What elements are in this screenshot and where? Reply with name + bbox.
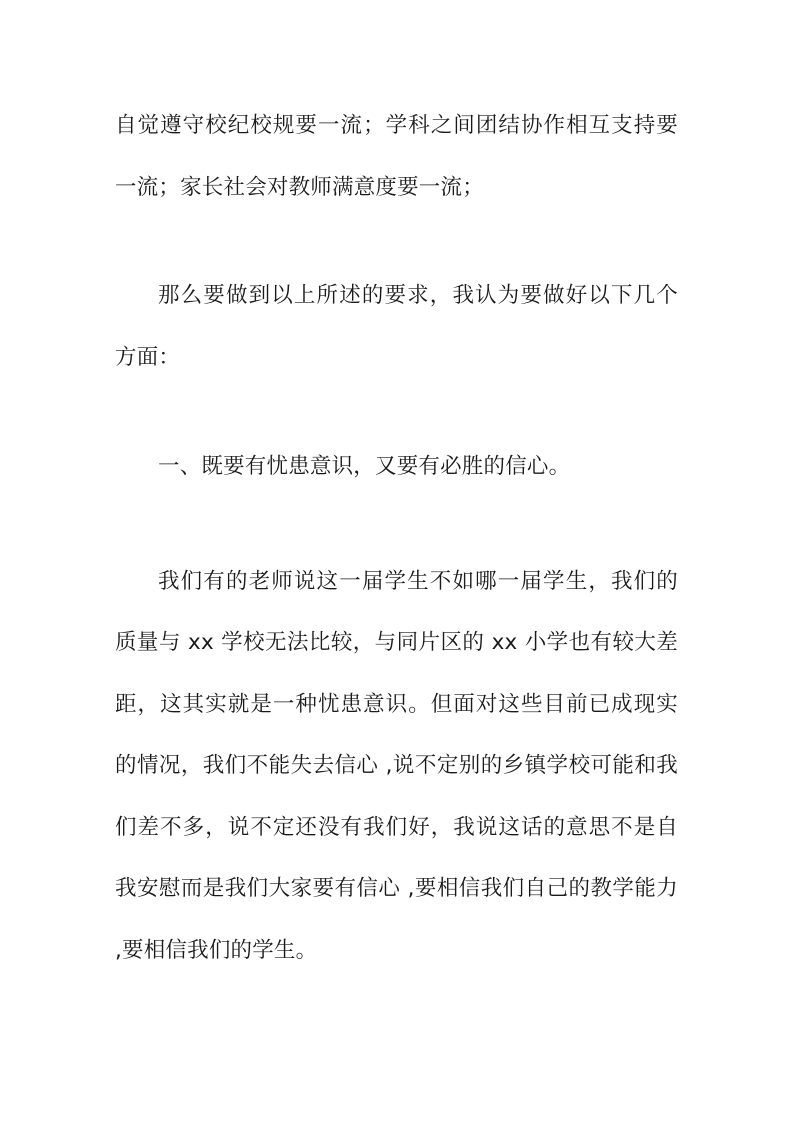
document-page: 自觉遵守校纪校规要一流；学科之间团结协作相互支持要一流；家长社会对教师满意度要一… bbox=[0, 0, 793, 1122]
paragraph-intro: 那么要做到以上所述的要求，我认为要做好以下几个方面： bbox=[115, 265, 678, 388]
paragraph-body: 我们有的老师说这一届学生不如哪一届学生，我们的质量与 xx 学校无法比较，与同片… bbox=[115, 551, 678, 982]
paragraph-section-heading: 一、既要有忧患意识，又要有必胜的信心。 bbox=[115, 436, 678, 498]
paragraph-continuation: 自觉遵守校纪校规要一流；学科之间团结协作相互支持要一流；家长社会对教师满意度要一… bbox=[115, 95, 678, 218]
document-body: 自觉遵守校纪校规要一流；学科之间团结协作相互支持要一流；家长社会对教师满意度要一… bbox=[115, 95, 678, 981]
